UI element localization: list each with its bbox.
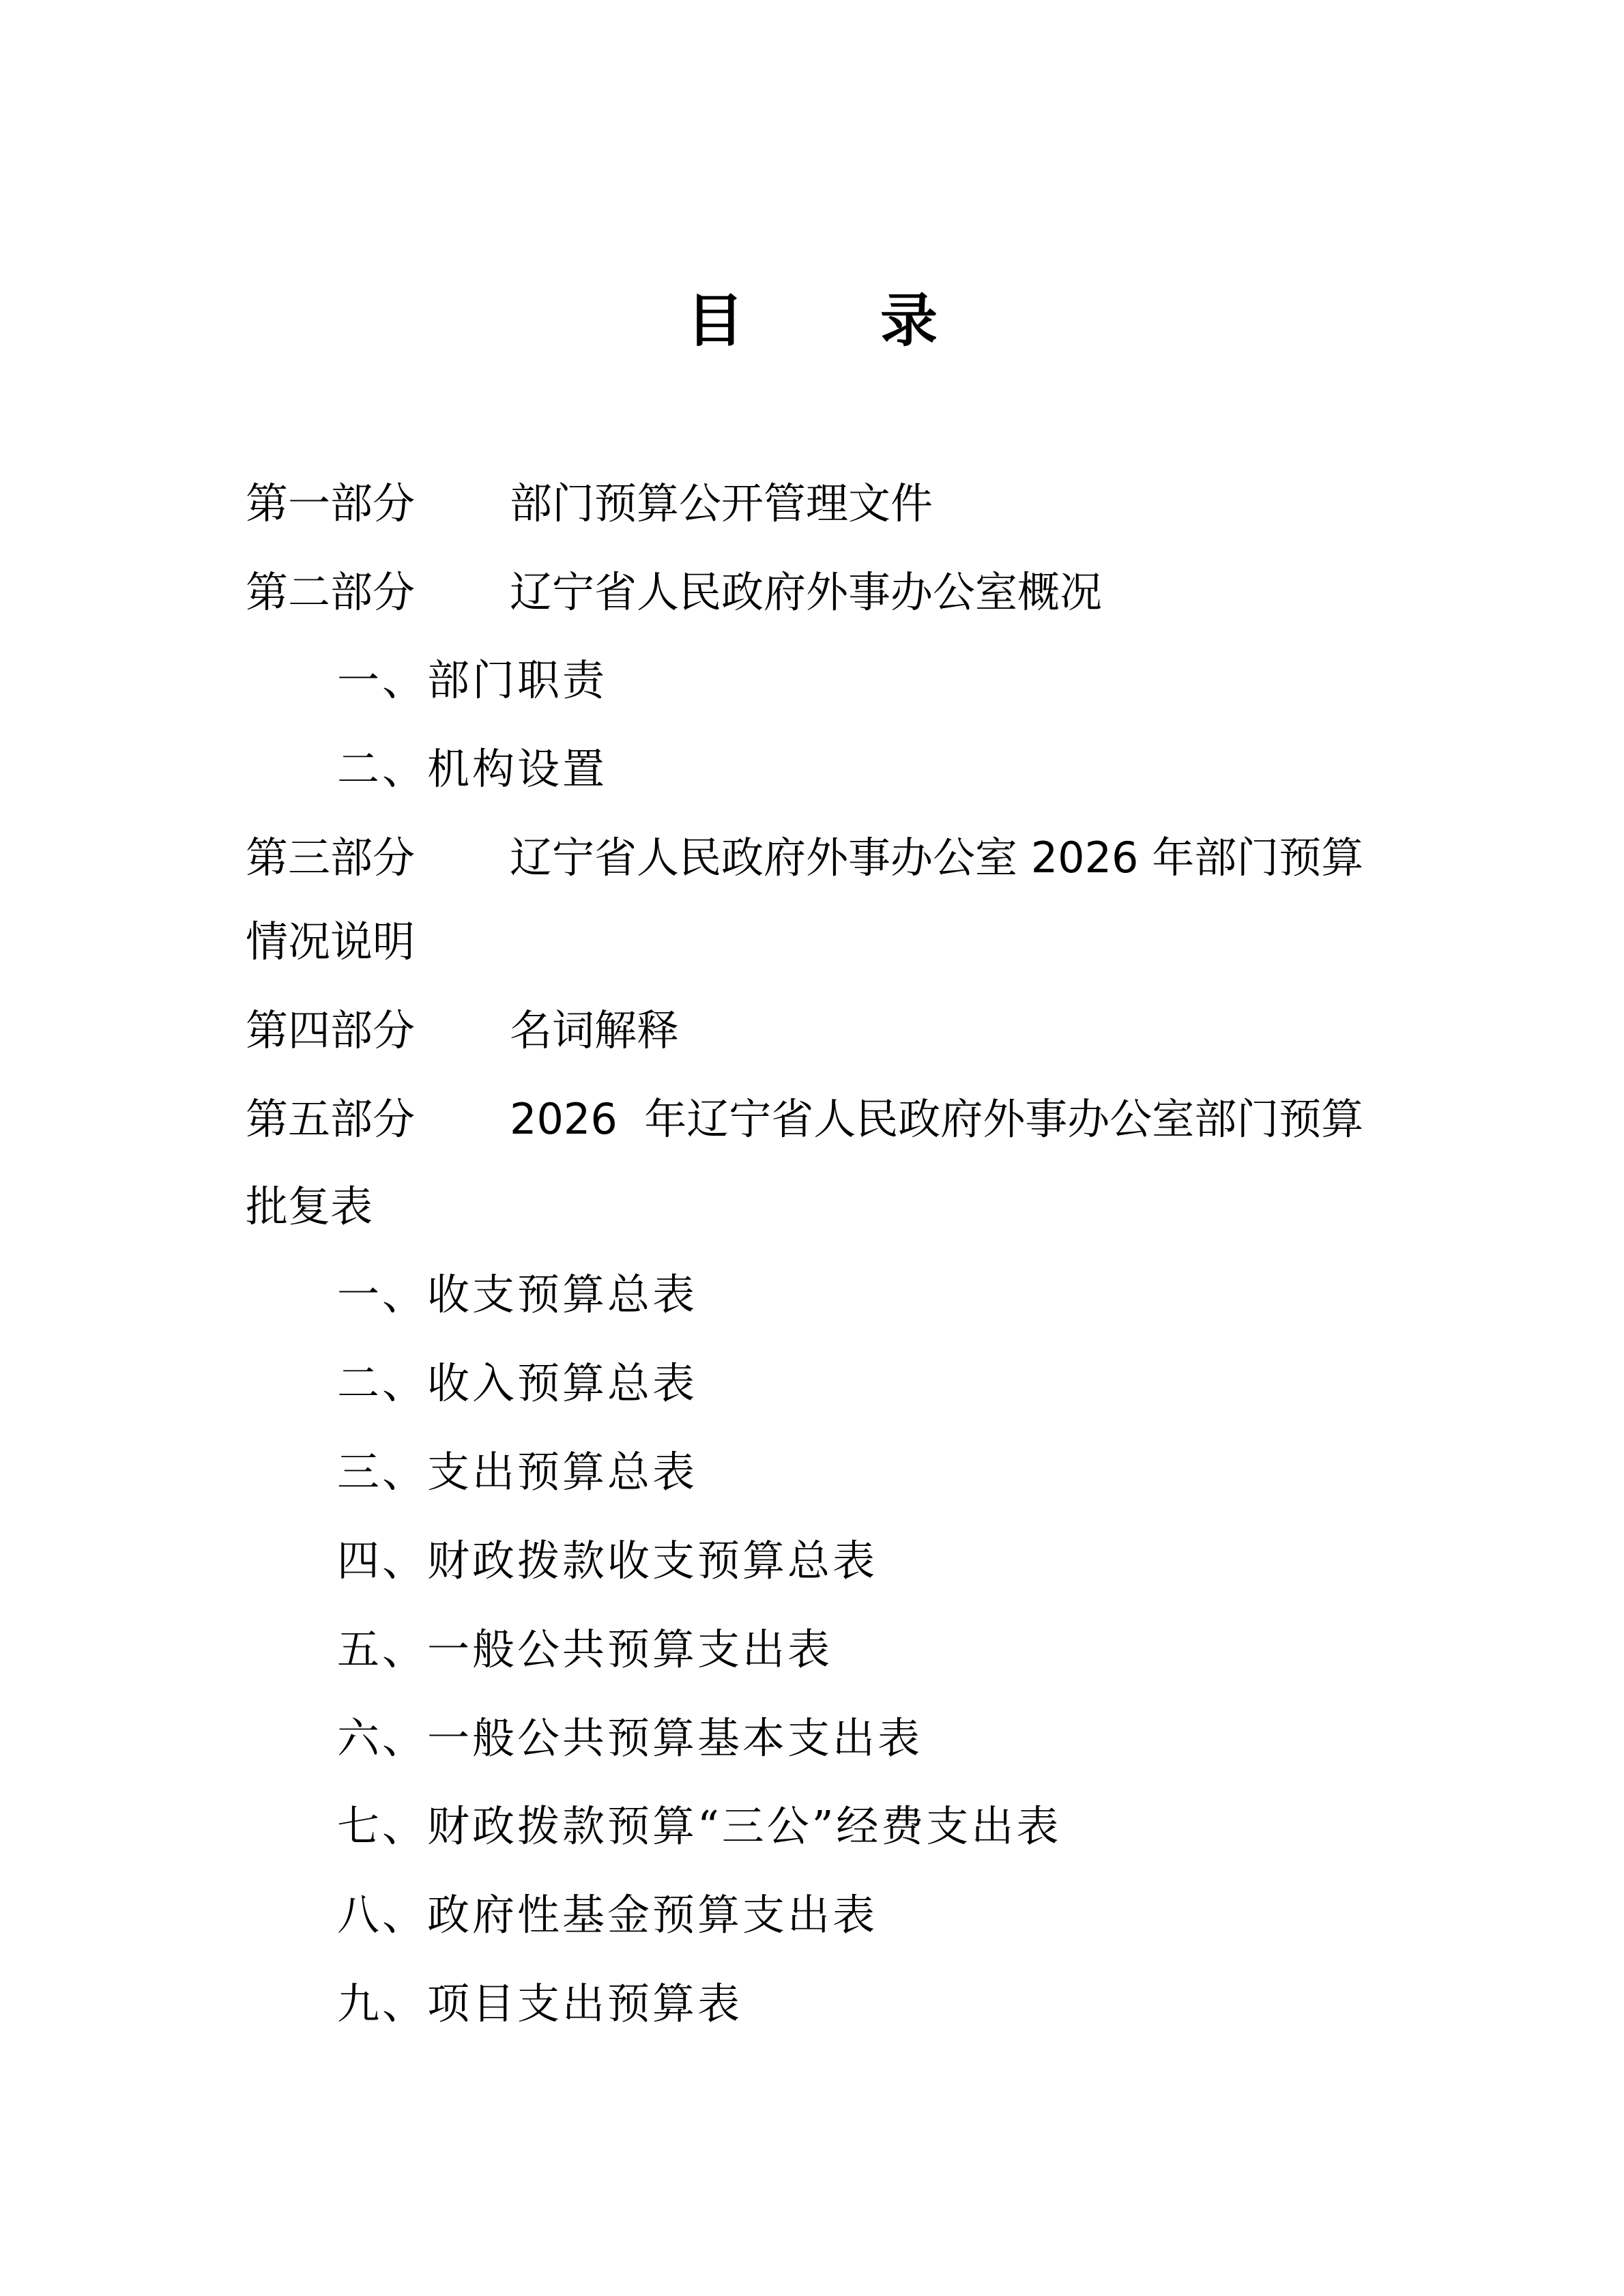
toc-table-4[interactable]: 四、财政拨款收支预算总表 [337,1534,878,1588]
part-title: 部门预算公开管理文件 [510,476,933,531]
toc-part-5-continuation[interactable]: 批复表 [246,1179,373,1234]
toc-part-3-continuation[interactable]: 情况说明 [246,915,415,969]
part-title: 名词解释 [510,1003,679,1058]
part-label: 第二部分 [246,565,510,620]
part-label: 第五部分 [246,1092,510,1147]
part-label: 第一部分 [246,476,510,531]
toc-table-9[interactable]: 九、项目支出预算表 [337,1977,742,2031]
toc-table-1[interactable]: 一、收支预算总表 [337,1267,697,1322]
toc-subitem-organization[interactable]: 二、机构设置 [337,742,607,797]
part-title: 2026 年辽宁省人民政府外事办公室部门预算 [510,1092,1363,1147]
toc-part-3[interactable]: 第三部分辽宁省人民政府外事办公室 2026 年部门预算 [246,831,1363,885]
part-title: 辽宁省人民政府外事办公室概况 [510,565,1102,620]
part-label: 第三部分 [246,831,510,885]
toc-part-2[interactable]: 第二部分辽宁省人民政府外事办公室概况 [246,565,1102,620]
part-title: 辽宁省人民政府外事办公室 2026 年部门预算 [510,831,1363,885]
toc-part-1[interactable]: 第一部分部门预算公开管理文件 [246,476,933,531]
toc-table-7[interactable]: 七、财政拨款预算“三公”经费支出表 [337,1799,1061,1854]
document-page: 目录 第一部分部门预算公开管理文件 第二部分辽宁省人民政府外事办公室概况 一、部… [0,0,1624,2296]
part-label: 第四部分 [246,1003,510,1058]
toc-table-3[interactable]: 三、支出预算总表 [337,1445,697,1499]
title-char-1: 目 [686,287,744,355]
toc-table-5[interactable]: 五、一般公共预算支出表 [337,1622,832,1677]
toc-table-2[interactable]: 二、收入预算总表 [337,1356,697,1411]
title-char-2: 录 [880,287,938,355]
toc-part-4[interactable]: 第四部分名词解释 [246,1003,679,1058]
toc-subitem-department-duties[interactable]: 一、部门职责 [337,653,607,708]
toc-part-5[interactable]: 第五部分2026 年辽宁省人民政府外事办公室部门预算 [246,1092,1363,1147]
page-title: 目录 [0,287,1624,355]
toc-table-6[interactable]: 六、一般公共预算基本支出表 [337,1711,923,1766]
toc-table-8[interactable]: 八、政府性基金预算支出表 [337,1888,878,1942]
